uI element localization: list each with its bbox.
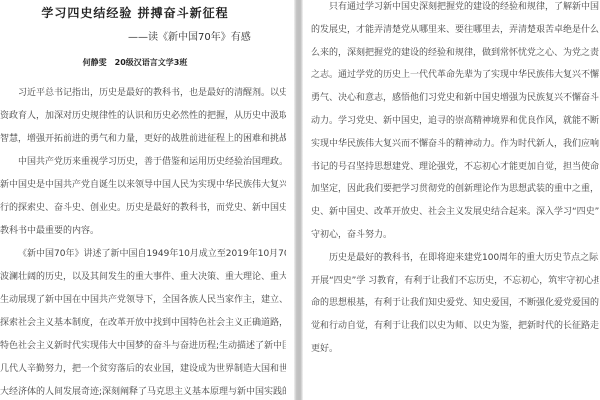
text-line: 智慧，增强开拓前进的勇气和力量，更好的战胜前进征程上的困难和挑战。: [0, 128, 286, 151]
text-line: 觉和行动自觉，有利于让我们以史为师、以史为鉴，把新时代的长征路走得更稳: [311, 315, 599, 338]
text-line: 生动展现了新中国在中国共产党领导下，全国各族人民当家作主，建立、巩固和: [0, 289, 286, 312]
text-line: 的发展史，才能弄清楚党从哪里来、要往哪里去，弄清楚艰苦卓绝是什么、是怎: [311, 19, 599, 42]
text-line: 之志。通过学党的历史上一代代革命先辈为了实现中华民族伟大复兴不懈奋斗的: [311, 64, 599, 87]
text-line: 几代人辛勤努力，把一个贫穷落后的农业国，建设成为世界制造大国和世界第二: [0, 358, 286, 381]
text-line: 史、新中国史、改革开放史、社会主义发展史结合起来。深入学习“四史”， 坚: [311, 201, 599, 224]
text-line: 开展“四史”学 习教育，有利于让我们不忘历史，不忘初心，筑牢守初心担使: [311, 270, 599, 293]
text-line: 《新中国70年》讲述了新中国自1949年10月成立至2019年10月70年间: [0, 243, 286, 266]
text-line: 大经济体的人间发展奇迹;深刻阐释了马克思主义基本原理与新中国实践的不断: [0, 381, 286, 400]
text-line: 只有通过学习新中国史深刻把握党的建设的经验和规律，了解新中国70年: [311, 0, 599, 19]
essay-title: 学习四史结经验 拼搏奋斗新征程: [0, 4, 285, 21]
text-line: 勇气、决心和意志，感悟他们习党史和新中国史增强为民族复兴不懈奋斗的精神: [311, 87, 599, 110]
text-line: 中国共产党历来重视学习历史，善于借鉴和运用历史经验治国理政。党史、: [0, 151, 286, 174]
page-right: 只有通过学习新中国史深刻把握党的建设的经验和规律，了解新中国70年的发展史，才能…: [303, 0, 600, 400]
text-line: 波澜壮阔的历史，以及其间发生的重大事件、重大决策、重大理论、重大实践;: [0, 266, 286, 289]
document-viewer: 学习四史结经验 拼搏奋斗新征程 ——读《新中国70年》有感 何静雯 20级汉语言…: [0, 0, 600, 400]
text-line: 更好。: [311, 338, 599, 361]
text-line: 探索社会主义基本制度，在改革开放中找到中国特色社会主义正确道路，在中国: [0, 312, 286, 335]
text-line: 特色社会主义新时代实现伟大中国梦的奋斗与奋进历程;生动描述了新中国经过: [0, 335, 286, 358]
essay-subtitle: ——读《新中国70年》有感: [128, 28, 251, 43]
text-line: 历史是最好的教科书，在即将迎来建党100周年的重大历史节点之际，深入: [311, 247, 599, 270]
page-divider: [294, 0, 303, 400]
text-line: 命的思想根基，有利于让我们知史爱党、知史爱国，不断强化爱党爱国的思想自: [311, 292, 599, 315]
text-line: 书记的号召坚持思想建党、理论强党，不忘初心才能更加自觉，担当使命才能更: [311, 156, 599, 179]
author-line: 何静雯 20级汉语言文学3班: [0, 57, 285, 68]
text-line: 动力。学习党史、新中国史，追寻的崇高精神境界和优良作风，就能不断增强为: [311, 110, 599, 133]
text-line: 么来的，深刻把握党的建设的经验和规律，做到常怀忧党之心、为党之责、强党: [311, 42, 599, 65]
right-page-text: 只有通过学习新中国史深刻把握党的建设的经验和规律，了解新中国70年的发展史，才能…: [311, 0, 599, 361]
text-line: 新中国史是中国共产党自诞生以来领导中国人民为实现中华民族伟大复兴而进: [0, 174, 286, 197]
text-line: 守初心，奋斗努力。: [311, 224, 599, 247]
text-line: 加坚定，因此我们要把学习贯彻党的创新理论作为思想武装的重中之重，并将党: [311, 178, 599, 201]
text-line: 教科书中最重要的内容。: [0, 220, 286, 243]
text-line: 行的探索史、奋斗史、创业史。历史是最好的教科书，而党史、新中国史是这一: [0, 197, 286, 220]
left-page-text: 习近平总书记指出，历史是最好的教科书，也是最好的清醒剂。以史为鉴、资政育人，加深…: [0, 82, 286, 400]
page-left: 学习四史结经验 拼搏奋斗新征程 ——读《新中国70年》有感 何静雯 20级汉语言…: [0, 0, 294, 400]
text-line: 实现中华民族伟大复兴而不懈奋斗的精神动力。作为时代新人，我们应响应习总: [311, 133, 599, 156]
text-line: 资政育人，加深对历史规律性的认识和历史必然性的把握，从历史中汲取经验和: [0, 105, 286, 128]
text-line: 习近平总书记指出，历史是最好的教科书，也是最好的清醒剂。以史为鉴、: [0, 82, 286, 105]
